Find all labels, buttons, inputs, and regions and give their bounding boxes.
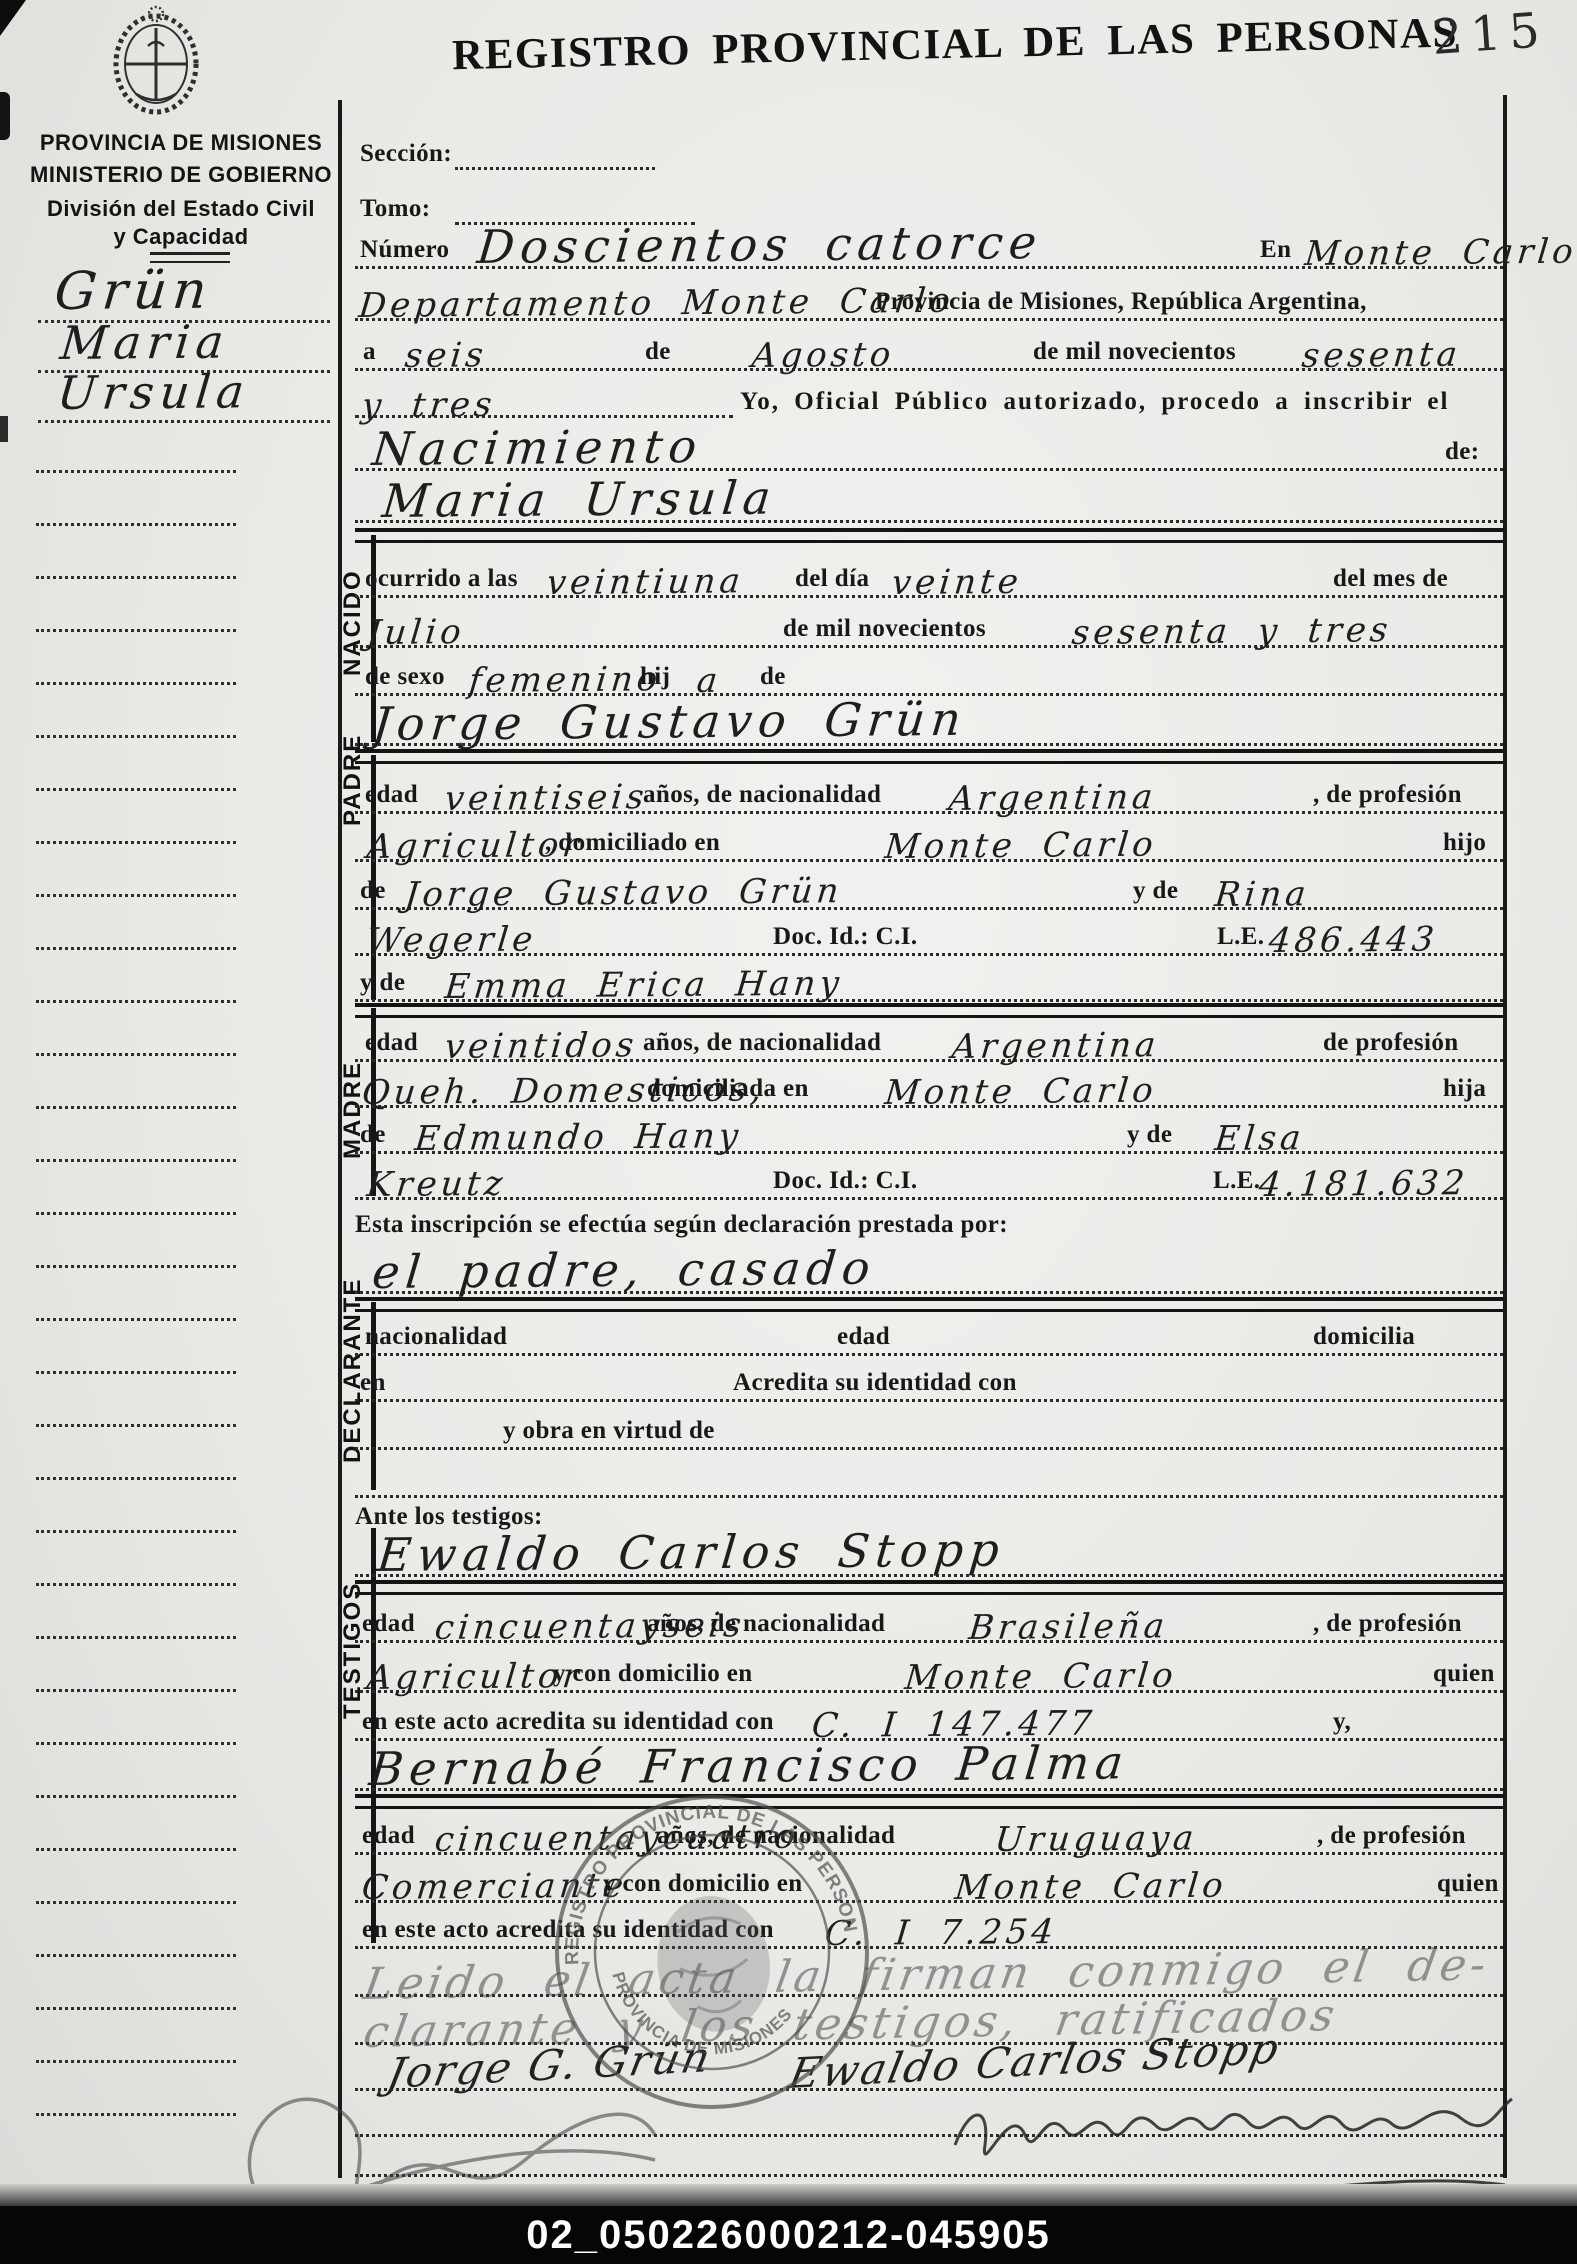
profesion-label: , de profesión [1317,1822,1466,1850]
scan-code: 02_050226000212-045905 [526,2213,1051,2258]
row-nacido-sexo: de sexo femenino hij a de [355,645,1503,696]
acredita-label: Acredita su identidad con [733,1369,1017,1397]
row-anio-oficial: y tres Yo, Oficial Público autorizado, p… [355,368,1503,418]
domicilia-label: domicilia [1313,1323,1415,1351]
margin-dotted-line [36,735,236,738]
margin-dotted-line [36,1795,236,1798]
margin-dotted-line [36,788,236,791]
margin-dotted-line [36,841,236,844]
de-label: de [360,877,386,905]
domiciliada-label: domiciliada en [647,1075,809,1103]
row-testigo1-ci: en este acto acredita su identidad con C… [355,1690,1503,1741]
nombre-padre-value: Jorge Gustavo Grün [370,692,969,751]
novecientos-label: de mil novecientos [783,615,986,643]
coat-of-arms-icon [88,2,224,118]
quien-label: quien [1433,1660,1495,1688]
dotted-line [38,420,330,423]
margin-dotted-line [36,1053,236,1056]
row-seccion: Sección: [355,118,1503,170]
margin-dotted-line [36,1848,236,1851]
double-rule [355,749,1503,764]
le-label: L.E. [1213,1167,1260,1195]
en-label: En [1260,236,1291,264]
row-nombre-inscripto: Maria Ursula [355,468,1503,523]
de-label: de [760,663,786,691]
row-testigo1-edad: edad cincuentayseis años, de nacionalida… [355,1592,1503,1643]
margin-dotted-line [36,1424,236,1427]
margin-dotted-line [36,1212,236,1215]
de-label: de [360,1121,386,1149]
novecientos-label: de mil novecientos [1033,338,1236,366]
nombre-madre-value: Emma Erica Hany [443,964,845,1007]
domiciliado-label: , domiciliado en [545,829,720,857]
row-fecha: a seis de Agosto de mil novecientos sese… [355,318,1503,371]
row-declaracion-intro: Esta inscripción se efectúa según declar… [355,1197,1503,1241]
virtud-label: y obra en virtud de [503,1417,715,1445]
margin-dotted-line [36,2113,236,2116]
margin-dotted-line [36,2007,236,2010]
margin-dotted-line [36,682,236,685]
de-label: de [645,338,671,366]
sidebar-org-line: MINISTERIO DE GOBIERNO [30,162,332,188]
hij-label: hij [640,663,670,691]
margin-dotted-line [36,1265,236,1268]
margin-dotted-line [36,523,236,526]
de-final-label: de: [1445,438,1480,466]
scan-artifact [0,92,10,140]
page-number: 215 [1430,2,1549,66]
registered-name-2: Ursula [55,364,253,420]
registered-surname: Grün [52,261,215,322]
le-label: L.E. [1217,923,1264,951]
oficial-text: Yo, Oficial Público autorizado, procedo … [740,388,1449,416]
edad-label: edad [362,1822,415,1850]
scan-id-bar: 02_050226000212-045905 [0,2206,1577,2264]
sidebar-org-line: División del Estado Civil [30,196,332,222]
provincia-label: Provincia de Misiones, República Argenti… [875,288,1367,316]
declaracion-intro-label: Esta inscripción se efectúa según declar… [355,1211,1008,1239]
margin-dotted-line [36,1689,236,1692]
margin-dotted-line [36,1530,236,1533]
margin-dotted-line [36,1371,236,1374]
margin-dotted-line [36,1742,236,1745]
row-departamento: Departamento Monte Carlo Provincia de Mi… [355,266,1503,321]
scan-artifact [0,0,26,36]
edad-label: edad [837,1323,890,1351]
ocurrido-label: ocurrido a las [365,565,518,593]
row-testigo2-domicilio: Comerciante y con domicilio en Monte Car… [355,1852,1503,1903]
row-madre-doc: Kreutz Doc. Id.: C.I. L.E. 4.181.632 [355,1151,1503,1200]
quien-label: quien [1437,1870,1499,1898]
signature-flourish-right [945,2035,1515,2205]
margin-dotted-line [36,1159,236,1162]
declarante-value: el padre, casado [370,1241,878,1299]
de-sexo-label: de sexo [365,663,445,691]
registered-name-1: Maria [58,315,232,370]
doc-id-label: Doc. Id.: C.I. [773,923,918,951]
hija-label: hija [1443,1075,1486,1103]
row-testigo1-domicilio: Agricultor y con domicilio en Monte Carl… [355,1640,1503,1693]
scan-edge-shadow [0,2184,1577,2206]
profesion-label: , de profesión [1313,1610,1462,1638]
nacionalidad-label: años, de nacionalidad [643,1029,881,1057]
y-de-label: y de [1127,1121,1172,1149]
scan-artifact [0,416,8,442]
sidebar-org-line: y Capacidad [30,224,332,250]
row-madre-abuelos: de Edmundo Hany y de Elsa [355,1105,1503,1154]
form-right-border [1503,95,1507,2178]
margin-dotted-line [36,2060,236,2063]
margin-dotted-line [36,947,236,950]
testigo1-nombre-value: Ewaldo Carlos Stopp [375,1523,1007,1582]
nombre-inscripto-value: Maria Ursula [380,471,779,528]
doc-id-label: Doc. Id.: C.I. [773,1167,918,1195]
row-numero: Número Doscientos catorce En Monte Carlo [355,212,1503,269]
acredita-label: en este acto acredita su identidad con [362,1708,774,1736]
margin-dotted-line [36,1106,236,1109]
row-padre-abuelos: de Jorge Gustavo Grün y de Rina [355,859,1503,910]
numero-label: Número [360,236,449,264]
domicilio-label: y con domicilio en [553,1660,753,1688]
margin-dotted-line [36,1583,236,1586]
margin-dotted-line [36,1636,236,1639]
margin-dotted-line [36,1901,236,1904]
row-madre-nombre: y de Emma Erica Hany [355,953,1503,1002]
row-declarante-identidad: en Acredita su identidad con [355,1353,1503,1402]
y-de-label: y de [1133,877,1178,905]
margin-dotted-line [36,470,236,473]
profesion-label: de profesión [1323,1029,1459,1057]
margin-dotted-line [36,1954,236,1957]
double-rule [355,528,1503,543]
a-label: a [363,338,376,366]
margin-dotted-line [36,1000,236,1003]
hijo-label: hijo [1443,829,1486,857]
edad-label: edad [362,1610,415,1638]
row-testigo2-nombre: Bernabé Francisco Palma [355,1738,1503,1791]
nacionalidad-label: años, de nacionalidad [643,781,881,809]
row-nacido-padre: Jorge Gustavo Grün [355,693,1503,746]
margin-dotted-line [36,576,236,579]
row-madre-domicilio: Queh. Domesticos, domiciliada en Monte C… [355,1059,1503,1108]
del-mes-label: del mes de [1333,565,1448,593]
margin-dotted-line [36,629,236,632]
y-de-label: y de [360,969,405,997]
profesion-label: , de profesión [1313,781,1462,809]
row-padre-doc: Wegerle Doc. Id.: C.I. L.E. 486.443 [355,907,1503,956]
row-testigo1-nombre: Ewaldo Carlos Stopp [355,1522,1503,1577]
y-label: y, [1333,1708,1351,1736]
sidebar-org-line: PROVINCIA DE MISIONES [30,130,332,156]
row-padre-edad: edad veintiseis años, de nacionalidad Ar… [355,763,1503,814]
row-testigo2-edad: edad cincuentaycuatro años, de nacionali… [355,1804,1503,1855]
row-nacido-mes: Julio de mil novecientos sesenta y tres [355,595,1503,648]
row-declarante-virtud: y obra en virtud de [355,1399,1503,1450]
row-declarante-valor: el padre, casado [355,1241,1503,1294]
margin-dotted-line [36,1318,236,1321]
document-title: REGISTRO PROVINCIAL DE LAS PERSONAS [452,9,1443,80]
row-madre-edad: edad veintidos años, de nacionalidad Arg… [355,1013,1503,1062]
nacionalidad-label: nacionalidad [365,1323,507,1351]
del-dia-label: del día [795,565,869,593]
nacionalidad-label: años, de nacionalidad [647,1610,885,1638]
scanned-birth-certificate: REGISTRO PROVINCIAL DE LAS PERSONAS 215 … [0,0,1577,2264]
row-padre-domicilio: Agricultor , domiciliado en Monte Carlo … [355,811,1503,862]
margin-dotted-line [36,1477,236,1480]
seccion-label: Sección: [360,140,452,168]
blank-line [455,167,655,170]
row-declarante-datos: nacionalidad edad domicilia [355,1307,1503,1356]
edad-label: edad [365,781,418,809]
row-acto: Nacimiento de: [355,418,1503,471]
en-label: en [360,1369,386,1397]
edad-label: edad [365,1029,418,1057]
row-declarante-blank [355,1447,1503,1498]
margin-dotted-line [36,894,236,897]
row-nacido-hora: ocurrido a las veintiuna del día veinte … [355,545,1503,598]
